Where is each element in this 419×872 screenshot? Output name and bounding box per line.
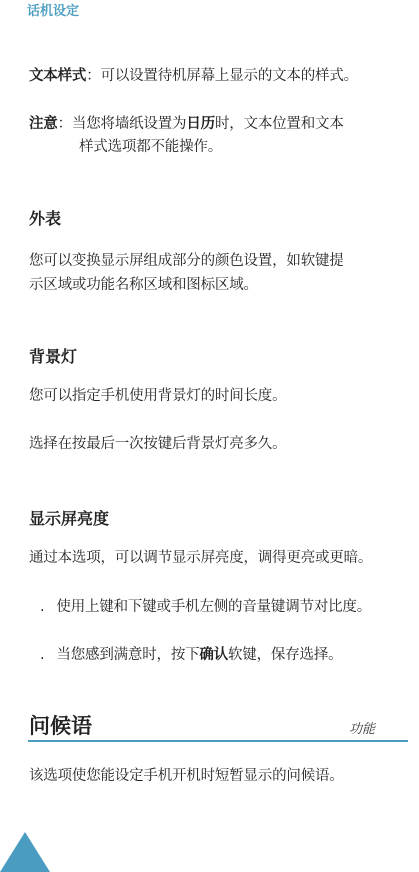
text-style-sep: ： <box>86 68 100 84</box>
brightness-para: 通过本选项，可以调节显示屏亮度，调得更亮或更暗。 <box>29 546 372 567</box>
backlight-para-2: 选择在按最后一次按键后背景灯亮多久。 <box>29 432 286 453</box>
greeting-para: 该选项使您能设定手机开机时短暂显示的问候语。 <box>29 764 344 785</box>
note-text-a: 当您将墙纸设置为 <box>72 116 186 132</box>
section-title-backlight: 背景灯 <box>29 344 77 367</box>
triangle-up-icon <box>0 832 50 872</box>
appearance-line-1: 您可以变换显示屏组成部分的颜色设置，如软键提 <box>29 249 344 270</box>
note-line-1: 注意：当您将墙纸设置为日历时，文本位置和文本 <box>29 112 344 133</box>
bullet-text-a: 当您感到满意时，按下 <box>56 647 199 663</box>
confirm-key-term: 确认 <box>199 647 228 663</box>
chapter-label: 功能 <box>349 718 375 737</box>
note-text-c: 时，文本位置和文本 <box>215 116 344 132</box>
section-title-brightness: 显示屏亮度 <box>29 506 109 529</box>
section-title-greeting: 问候语 <box>29 710 92 740</box>
appearance-line-2: 示区域或功能名称区域和图标区域。 <box>29 273 258 294</box>
section-divider <box>28 740 408 742</box>
note-sep: ： <box>58 116 72 132</box>
note-calendar-term: 日历 <box>186 116 215 132</box>
bullet-marker: . <box>40 647 44 663</box>
note-line-2: 样式选项都不能操作。 <box>79 135 222 156</box>
text-style-term: 文本样式 <box>29 68 86 84</box>
note-term: 注意 <box>29 116 58 132</box>
page-header-title: 话机设定 <box>27 0 79 19</box>
brightness-bullet-2: .当您感到满意时，按下确认软键，保存选择。 <box>40 643 342 664</box>
section-title-appearance: 外表 <box>29 206 61 229</box>
backlight-para-1: 您可以指定手机使用背景灯的时间长度。 <box>29 384 286 405</box>
bullet-text: 使用上键和下键或手机左侧的音量键调节对比度。 <box>56 599 371 615</box>
bullet-text-c: 软键，保存选择。 <box>228 647 342 663</box>
brightness-bullet-1: .使用上键和下键或手机左侧的音量键调节对比度。 <box>40 595 371 616</box>
text-style-paragraph: 文本样式：可以设置待机屏幕上显示的文本的样式。 <box>29 64 358 85</box>
text-style-desc: 可以设置待机屏幕上显示的文本的样式。 <box>101 68 358 84</box>
bullet-marker: . <box>40 599 44 615</box>
